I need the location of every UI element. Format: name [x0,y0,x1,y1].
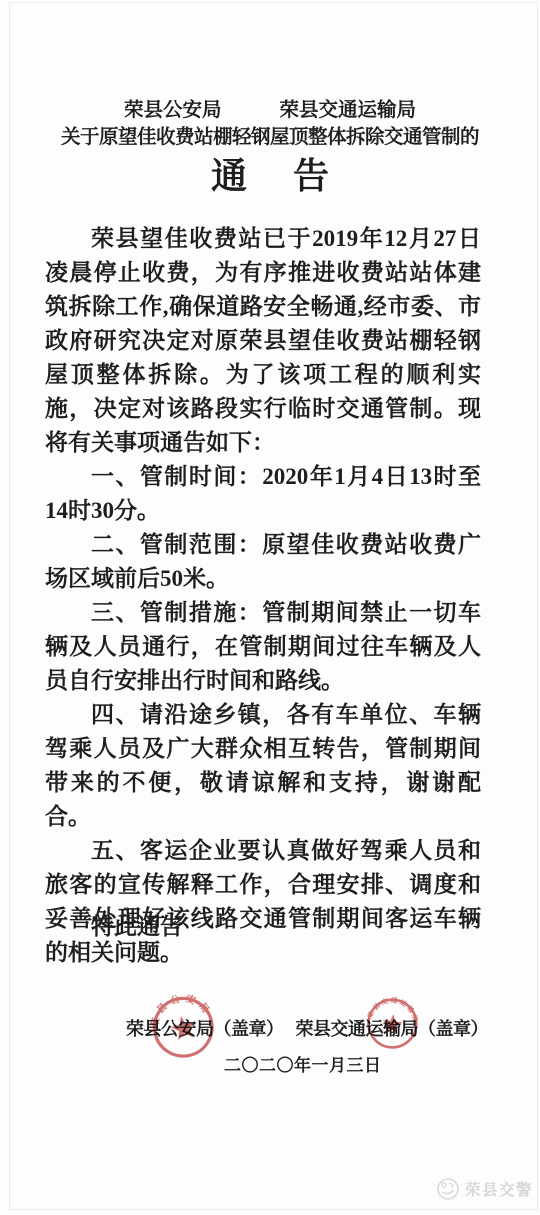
org-left-label: 荣县公安局 [124,97,222,124]
notice-body: 荣县望佳收费站已于2019年12月27日凌晨停止收费，为有序推进收费站站体建筑拆… [45,222,481,970]
notice-paragraph: 三、管制措施：管制期间禁止一切车辆及人员通行，在管制期间过往车辆及人员自行安排出… [45,596,481,698]
closing-text: 特此通告 [91,910,183,944]
notice-paragraph: 四、请沿途乡镇，各有车单位、车辆驾乘人员及广大群众相互转告，管制期间带来的不便，… [45,698,481,834]
seal-star-icon [169,1013,198,1041]
title-char: 告 [293,151,329,201]
date-line: 二〇二〇年一月三日 [224,1053,382,1079]
notice-paragraph: 一、管制时间：2020年1月4日13时至14时30分。 [45,460,481,528]
official-seal-icon: 荣县交通运输局 [363,993,422,1052]
official-seal-right: 荣县交通运输局 [363,993,422,1052]
notice-page: 荣县公安局 荣县交通运输局 关于原望佳收费站棚轻钢屋顶整体拆除交通管制的 通 告… [0,0,540,1215]
org-line: 荣县公安局 荣县交通运输局 [0,97,540,124]
seal-star-icon [381,1013,403,1034]
police-logo-icon [436,1177,460,1201]
subject-line: 关于原望佳收费站棚轻钢屋顶整体拆除交通管制的 [0,124,540,151]
notice-paragraph: 五、客运企业要认真做好驾乘人员和旅客的宣传解释工作，合理安排、调度和妥善处理好该… [45,834,481,970]
title-char: 通 [211,151,247,201]
notice-paragraph: 荣县望佳收费站已于2019年12月27日凌晨停止收费，为有序推进收费站站体建筑拆… [45,222,481,460]
official-seal-icon: 荣县公安局 [145,988,221,1064]
notice-paragraph: 二、管制范围：原望佳收费站收费广场区域前后50米。 [45,528,481,596]
footer-watermark: 荣县交警 [436,1177,533,1201]
official-seal-left: 荣县公安局 [145,988,221,1064]
org-right-label: 荣县交通运输局 [280,97,417,124]
notice-title: 通 告 [0,151,540,201]
watermark-label: 荣县交警 [465,1178,533,1200]
